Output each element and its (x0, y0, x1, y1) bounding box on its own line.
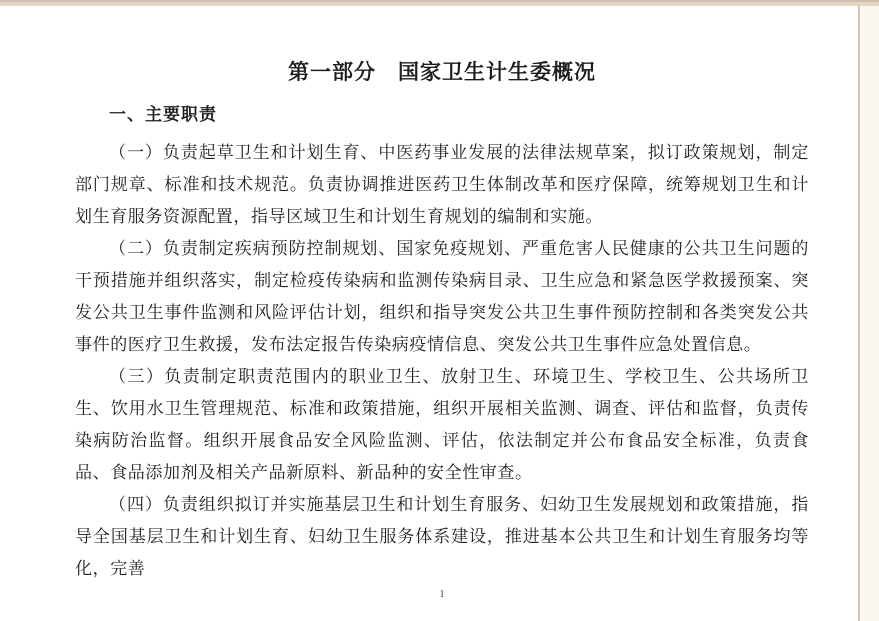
document-page: 第一部分 国家卫生计生委概况 一、主要职责 （一）负责起草卫生和计划生育、中医药… (0, 0, 879, 621)
page-title: 第一部分 国家卫生计生委概况 (75, 60, 809, 86)
paragraph-duty-1: （一）负责起草卫生和计划生育、中医药事业发展的法律法规草案，拟订政策规划，制定部… (75, 137, 809, 233)
paragraph-duty-4: （四）负责组织拟订并实施基层卫生和计划生育服务、妇幼卫生发展规划和政策措施，指导… (75, 489, 809, 585)
scan-edge-top (0, 0, 879, 6)
paragraph-duty-2: （二）负责制定疾病预防控制规划、国家免疫规划、严重危害人民健康的公共卫生问题的干… (75, 233, 809, 361)
section-heading: 一、主要职责 (75, 103, 809, 127)
body-text: （一）负责起草卫生和计划生育、中医药事业发展的法律法规草案，拟订政策规划，制定部… (75, 137, 809, 585)
document-content: 第一部分 国家卫生计生委概况 一、主要职责 （一）负责起草卫生和计划生育、中医药… (0, 60, 879, 601)
paragraph-duty-3: （三）负责制定职责范围内的职业卫生、放射卫生、环境卫生、学校卫生、公共场所卫生、… (75, 361, 809, 489)
page-number: 1 (75, 587, 809, 601)
